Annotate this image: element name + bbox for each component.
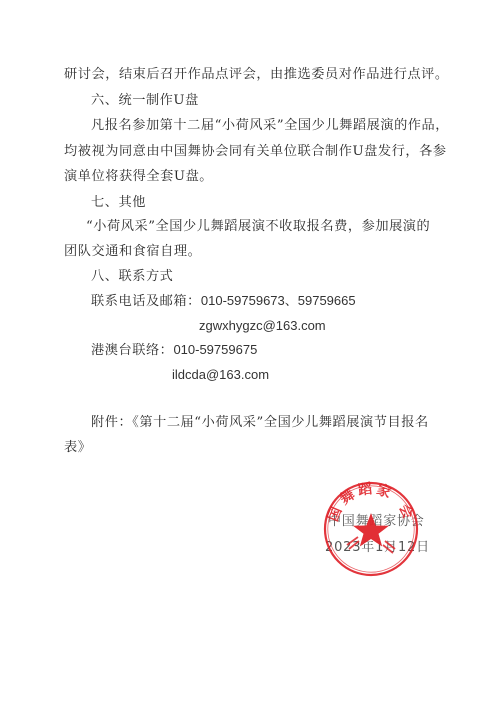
paragraph-line: 演单位将获得全套U盘。 bbox=[64, 168, 438, 186]
seal-top-text: 舞蹈家 bbox=[337, 481, 397, 508]
paragraph-line: 研讨会，结束后召开作品点评会，由推选委员对作品进行点评。 bbox=[64, 66, 438, 84]
contact-phone-value: 010-59759673、59759665 bbox=[201, 293, 356, 308]
signature-organization: 中国舞蹈家协会 bbox=[328, 510, 425, 529]
paragraph-line: “小荷风采”全国少儿舞蹈展演不收取报名费，参加展演的 bbox=[86, 218, 438, 236]
signature-date: 2023年1月12日 bbox=[325, 536, 430, 555]
official-seal-icon: 国舞蹈家会 bbox=[323, 481, 419, 577]
hkmt-contact-row: 港澳台联络：010-59759675 bbox=[91, 341, 438, 359]
attachment-line-continued: 表》 bbox=[64, 439, 438, 457]
paragraph-line: 均被视为同意由中国舞协会同有关单位联合制作U盘发行，各参 bbox=[64, 143, 438, 161]
section-heading-usb: 六、统一制作U盘 bbox=[91, 92, 438, 110]
contact-phone-row: 联系电话及邮箱：010-59759673、59759665 bbox=[91, 292, 438, 310]
paragraph-line: 团队交通和食宿自理。 bbox=[64, 243, 438, 261]
contact-email-link[interactable]: zgwxhygzc@163.com bbox=[199, 317, 500, 335]
contact-phone-label: 联系电话及邮箱： bbox=[91, 294, 201, 309]
hkmt-phone-value: 010-59759675 bbox=[173, 342, 257, 357]
document-page: 研讨会，结束后召开作品点评会，由推选委员对作品进行点评。 六、统一制作U盘 凡报… bbox=[0, 0, 500, 707]
hkmt-label: 港澳台联络： bbox=[91, 343, 173, 358]
section-heading-other: 七、其他 bbox=[91, 194, 438, 212]
attachment-line: 附件：《第十二届“小荷风采”全国少儿舞蹈展演节目报名 bbox=[91, 414, 438, 432]
section-heading-contact: 八、联系方式 bbox=[91, 268, 438, 286]
hkmt-email-link[interactable]: ildcda@163.com bbox=[172, 366, 500, 384]
paragraph-line: 凡报名参加第十二届“小荷风采”全国少儿舞蹈展演的作品， bbox=[91, 117, 438, 135]
